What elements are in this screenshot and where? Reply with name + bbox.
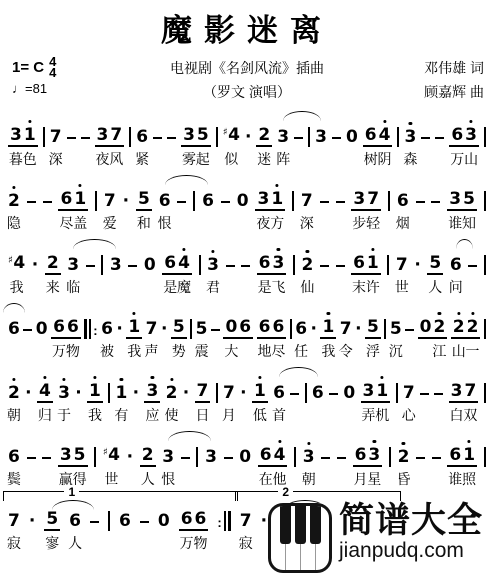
beam-group: 37 bbox=[351, 190, 381, 211]
beam-group: 5 bbox=[44, 510, 60, 531]
barline bbox=[484, 447, 486, 467]
beam-group: 35 bbox=[181, 126, 211, 147]
note: 3 bbox=[277, 128, 289, 147]
augmentation-dot: · bbox=[127, 448, 133, 467]
note: 6 bbox=[8, 320, 20, 339]
beam-group: 63 bbox=[449, 126, 479, 147]
beam-group: 61 bbox=[351, 254, 381, 275]
lyric-syllable: 飞 bbox=[271, 277, 285, 297]
piano-black-key bbox=[310, 506, 321, 544]
beam-group: 2 bbox=[140, 446, 156, 467]
note: 7 bbox=[403, 384, 415, 403]
note: 6 bbox=[159, 192, 171, 211]
composer-credit: 顾嘉辉 曲 bbox=[424, 82, 484, 102]
dash bbox=[90, 521, 99, 523]
repeat-dots: : bbox=[93, 322, 97, 339]
piano-black-key bbox=[295, 506, 306, 544]
note: 6 bbox=[272, 318, 284, 337]
note: 7 bbox=[223, 384, 235, 403]
note: 5 bbox=[463, 190, 475, 209]
score-header: 1= C 4 4 ♩=81 电视剧《名剑风流》插曲 （罗文 演唱） 邓伟雄 词 … bbox=[0, 53, 494, 105]
lyric-syllable: 星 bbox=[367, 469, 381, 489]
note: 5 bbox=[197, 126, 209, 145]
lyric-syllable: 君 bbox=[206, 277, 220, 297]
note: 6 bbox=[365, 126, 377, 145]
barline bbox=[101, 255, 103, 275]
dash bbox=[434, 393, 443, 395]
watermark-name: 简谱大全 bbox=[339, 503, 483, 539]
lyric-syllable: 尽 bbox=[271, 341, 285, 361]
note: 3 bbox=[404, 128, 416, 147]
lyric-syllable: 世 bbox=[395, 277, 409, 297]
subtitle: 电视剧《名剑风流》插曲 bbox=[0, 58, 494, 78]
barline bbox=[397, 127, 399, 147]
repeat-start-sign: : bbox=[84, 319, 97, 339]
note: 2 bbox=[453, 318, 465, 337]
lyric-syllable: 月 bbox=[354, 469, 368, 489]
lyric-syllable: 爱 bbox=[103, 213, 117, 233]
barline bbox=[384, 319, 386, 339]
note: 1 bbox=[322, 318, 334, 337]
notes-row: 6066:6·17·5506666·17·550222 bbox=[8, 299, 486, 339]
note: 3 bbox=[207, 256, 219, 275]
note: ♯4 bbox=[8, 254, 25, 275]
lyric-syllable: 步 bbox=[352, 213, 366, 233]
barline bbox=[293, 255, 295, 275]
note: 7 bbox=[240, 512, 252, 531]
note: 2 bbox=[142, 446, 154, 465]
beam-group: 1 bbox=[320, 318, 336, 339]
lyric-syllable: 寂 bbox=[239, 533, 253, 553]
dash bbox=[416, 457, 425, 459]
note: ♯4 bbox=[223, 126, 240, 147]
lyric-syllable: 任 bbox=[294, 341, 308, 361]
barline bbox=[484, 191, 486, 211]
lyric-syllable: 魔 bbox=[177, 277, 191, 297]
note: 5 bbox=[74, 446, 86, 465]
lyric-syllable: 仙 bbox=[300, 277, 314, 297]
note: 6 bbox=[397, 192, 409, 211]
barline bbox=[294, 447, 296, 467]
rest-note: 0 bbox=[346, 128, 358, 147]
beam-group: 35 bbox=[447, 190, 477, 211]
note: 5 bbox=[46, 510, 58, 529]
barline bbox=[108, 511, 110, 531]
rest-note: 0 bbox=[144, 256, 156, 275]
dash bbox=[153, 137, 162, 139]
lyric-syllable: 和 bbox=[137, 213, 151, 233]
lyric-syllable: 暮 bbox=[9, 149, 23, 169]
note: 1 bbox=[367, 254, 379, 273]
lyric-syllable: 于 bbox=[57, 405, 71, 425]
lyric-syllable: 恨 bbox=[158, 213, 172, 233]
lyric-syllable: 人 bbox=[428, 277, 442, 297]
lyric-syllable: 世 bbox=[104, 469, 118, 489]
note: 3 bbox=[67, 256, 79, 275]
lyric-syllable: 我 bbox=[127, 341, 141, 361]
barline bbox=[484, 383, 486, 403]
beam-group: 31 bbox=[255, 190, 285, 211]
beam-group: 66 bbox=[257, 318, 287, 339]
note: 3 bbox=[257, 190, 269, 209]
dash bbox=[432, 457, 441, 459]
note: 3 bbox=[183, 126, 195, 145]
augmentation-dot: · bbox=[29, 512, 35, 531]
lyric-syllable: 归 bbox=[38, 405, 52, 425]
barline bbox=[292, 191, 294, 211]
barline bbox=[308, 127, 310, 147]
beam-group: 5 bbox=[171, 318, 187, 339]
note: 7 bbox=[396, 256, 408, 275]
note: 7 bbox=[301, 192, 313, 211]
lyric-syllable: 方 bbox=[270, 213, 284, 233]
dash bbox=[294, 137, 303, 139]
lyric-syllable: 昏 bbox=[397, 469, 411, 489]
note: 6 bbox=[60, 190, 72, 209]
dash bbox=[221, 201, 230, 203]
lyric-syllable: 深 bbox=[300, 213, 314, 233]
sharp-sign: ♯ bbox=[103, 447, 108, 458]
lyric-syllable: 浮 bbox=[366, 341, 380, 361]
augmentation-dot: · bbox=[240, 384, 246, 403]
score-body: 31737635♯4·233064363暮色深夜风紧雾起似迷阵树阴森万山2617… bbox=[0, 107, 494, 555]
lyric-syllable: 尽 bbox=[59, 213, 73, 233]
note: 1 bbox=[463, 446, 475, 465]
rest-note: 0 bbox=[239, 448, 251, 467]
note: 1 bbox=[254, 382, 266, 401]
note: 6 bbox=[451, 126, 463, 145]
lyric-syllable: 色 bbox=[23, 149, 37, 169]
barline bbox=[196, 447, 198, 467]
barline bbox=[216, 127, 218, 147]
lyric-syllable: 山 bbox=[452, 341, 466, 361]
note: 3 bbox=[110, 256, 122, 275]
lyric-syllable: 白 bbox=[450, 405, 464, 425]
notation-line-4: 6066:6·17·5506666·17·550222万物被我声势震大地尽任我令… bbox=[0, 299, 494, 363]
note: 5 bbox=[173, 318, 185, 337]
lyric-syllable: 大 bbox=[224, 341, 238, 361]
beam-group: 06 bbox=[223, 318, 253, 339]
rest-note: 0 bbox=[158, 512, 170, 531]
sharp-sign: ♯ bbox=[8, 255, 13, 266]
beam-group: 37 bbox=[449, 382, 479, 403]
dash bbox=[421, 137, 430, 139]
barline bbox=[388, 191, 390, 211]
repeat-bar bbox=[84, 319, 87, 339]
lyricist-credit: 邓伟雄 词 bbox=[424, 58, 484, 78]
barline bbox=[387, 255, 389, 275]
dash bbox=[27, 201, 36, 203]
note: 1 bbox=[116, 384, 128, 403]
note: 1 bbox=[271, 190, 283, 209]
note: 3 bbox=[465, 126, 477, 145]
note: 6 bbox=[353, 254, 365, 273]
note: 6 bbox=[119, 512, 131, 531]
piano-key-divider bbox=[300, 544, 301, 570]
piano-black-key bbox=[280, 506, 291, 544]
note: 7 bbox=[104, 192, 116, 211]
dash bbox=[167, 137, 176, 139]
song-title: 魔影迷离 bbox=[0, 0, 494, 50]
notation-line-5: 2·43·11·32·77·166031737朝归于我有应使日月低首弄机心白双 bbox=[0, 363, 494, 427]
dash bbox=[290, 393, 299, 395]
dash bbox=[42, 457, 51, 459]
lyric-syllable: 起 bbox=[196, 149, 210, 169]
note: 1 bbox=[24, 126, 36, 145]
note: 5 bbox=[367, 318, 379, 337]
beam-group: 35 bbox=[58, 446, 88, 467]
dash bbox=[337, 457, 346, 459]
note: 5 bbox=[196, 320, 208, 339]
note: 3 bbox=[353, 190, 365, 209]
lyric-syllable: 盖 bbox=[73, 213, 87, 233]
repeat-bar bbox=[224, 511, 226, 531]
lyric-syllable: 知 bbox=[462, 213, 476, 233]
lyric-syllable: 令 bbox=[339, 341, 353, 361]
dash bbox=[140, 521, 149, 523]
beam-group: 1 bbox=[126, 318, 142, 339]
lyric-syllable: 被 bbox=[100, 341, 114, 361]
note: 7 bbox=[197, 382, 209, 401]
beam-group: 5 bbox=[136, 190, 152, 211]
notation-line-6: 635♯4·233064363261鬓赢得世人恨在他朝月星昏谁照 bbox=[0, 427, 494, 491]
lyric-syllable: 我 bbox=[88, 405, 102, 425]
lyric-syllable: 首 bbox=[272, 405, 286, 425]
lyric-syllable: 我 bbox=[10, 277, 24, 297]
note: 6 bbox=[449, 446, 461, 465]
note: 3 bbox=[368, 446, 380, 465]
note: 2 bbox=[8, 384, 20, 403]
lyric-syllable: 万 bbox=[52, 341, 66, 361]
note: 7 bbox=[146, 320, 158, 339]
barline bbox=[484, 255, 486, 275]
note: 6 bbox=[260, 446, 272, 465]
note: 5 bbox=[390, 320, 402, 339]
lyric-syllable: 物 bbox=[194, 533, 208, 553]
beam-group: 5 bbox=[427, 254, 443, 275]
lyric-syllable: 是 bbox=[163, 277, 177, 297]
barline bbox=[396, 383, 398, 403]
lyric-syllable: 山 bbox=[464, 149, 478, 169]
lyric-syllable: 问 bbox=[449, 277, 463, 297]
beam-group: 1 bbox=[87, 382, 103, 403]
augmentation-dot: · bbox=[133, 384, 139, 403]
lyric-syllable: 来 bbox=[46, 277, 60, 297]
note: 2 bbox=[47, 254, 59, 273]
lyric-syllable: 心 bbox=[402, 405, 416, 425]
note: 1 bbox=[89, 382, 101, 401]
dash bbox=[181, 457, 190, 459]
note: 2 bbox=[8, 192, 20, 211]
lyric-syllable: 树 bbox=[364, 149, 378, 169]
lyric-syllable: 朝 bbox=[7, 405, 21, 425]
lyric-syllable: 江 bbox=[432, 341, 446, 361]
notes-row: 2617·566031737635 bbox=[8, 171, 486, 211]
barline bbox=[305, 383, 307, 403]
note: 3 bbox=[146, 382, 158, 401]
lyric-syllable: 日 bbox=[196, 405, 210, 425]
dash bbox=[23, 329, 32, 331]
lyric-syllable: 震 bbox=[195, 341, 209, 361]
lyric-syllable: 一 bbox=[466, 341, 480, 361]
lyric-syllable: 照 bbox=[462, 469, 476, 489]
augmentation-dot: · bbox=[311, 320, 317, 339]
rest-note: 0 bbox=[420, 318, 432, 337]
note: 5 bbox=[138, 190, 150, 209]
volta-bracket-1: 1 bbox=[3, 491, 238, 501]
note: 7 bbox=[110, 126, 122, 145]
lyric-syllable: 我 bbox=[321, 341, 335, 361]
augmentation-dot: · bbox=[414, 256, 420, 275]
lyric-syllable: 末 bbox=[352, 277, 366, 297]
lyric-syllable: 夜 bbox=[96, 149, 110, 169]
watermark-text: 简谱大全 jianpudq.com bbox=[339, 503, 483, 562]
note: 7 bbox=[8, 512, 20, 531]
barline bbox=[190, 319, 192, 339]
barline bbox=[193, 191, 195, 211]
repeat-dots: : bbox=[217, 514, 221, 531]
lyric-syllable: 势 bbox=[172, 341, 186, 361]
augmentation-dot: · bbox=[261, 512, 267, 531]
note: 6 bbox=[450, 256, 462, 275]
dash bbox=[336, 265, 345, 267]
note: 6 bbox=[53, 318, 65, 337]
beam-group: 2 bbox=[256, 126, 272, 147]
beam-group: 5 bbox=[365, 318, 381, 339]
note: 3 bbox=[58, 384, 70, 403]
augmentation-dot: · bbox=[161, 320, 167, 339]
dash bbox=[416, 201, 425, 203]
beam-group: 66 bbox=[51, 318, 81, 339]
augmentation-dot: · bbox=[123, 192, 129, 211]
piano-keys-icon bbox=[268, 503, 332, 573]
note: 4 bbox=[39, 382, 51, 401]
beam-group: 1 bbox=[252, 382, 268, 403]
dash bbox=[329, 393, 338, 395]
lyric-syllable: 许 bbox=[366, 277, 380, 297]
note: 6 bbox=[69, 512, 81, 531]
notation-line-3: ♯4·2330643632617·56我来临是魔君是飞仙末许世人问 bbox=[0, 235, 494, 299]
note: 2 bbox=[258, 126, 270, 145]
lyric-syllable: 沉 bbox=[389, 341, 403, 361]
lyric-syllable: 在 bbox=[259, 469, 273, 489]
note: 5 bbox=[429, 254, 441, 273]
lyric-syllable: 低 bbox=[253, 405, 267, 425]
notes-row: 31737635♯4·233064363 bbox=[8, 107, 486, 147]
lyric-syllable: 紧 bbox=[135, 149, 149, 169]
beam-group: 7 bbox=[195, 382, 211, 403]
barline bbox=[290, 319, 292, 339]
lyric-syllable: 烟 bbox=[396, 213, 410, 233]
dash bbox=[336, 201, 345, 203]
dash bbox=[468, 265, 477, 267]
beam-group: 02 bbox=[418, 318, 448, 339]
beam-group: 3 bbox=[144, 382, 160, 403]
augmentation-dot: · bbox=[25, 384, 31, 403]
note: 3 bbox=[205, 448, 217, 467]
dash bbox=[128, 265, 137, 267]
lyric-syllable: 雾 bbox=[182, 149, 196, 169]
lyric-syllable: 万 bbox=[450, 149, 464, 169]
beam-group: 63 bbox=[257, 254, 287, 275]
lyric-syllable: 森 bbox=[403, 149, 417, 169]
note: 6 bbox=[101, 320, 113, 339]
note: 3 bbox=[60, 446, 72, 465]
barline bbox=[484, 319, 486, 339]
lyric-syllable: 朝 bbox=[302, 469, 316, 489]
note: 6 bbox=[181, 510, 193, 529]
beam-group: 64 bbox=[258, 446, 288, 467]
augmentation-dot: · bbox=[116, 320, 122, 339]
note: 3 bbox=[449, 190, 461, 209]
lyric-syllable: 万 bbox=[180, 533, 194, 553]
lyric-syllable: 迷 bbox=[257, 149, 271, 169]
note: 2 bbox=[398, 448, 410, 467]
lyric-syllable: 似 bbox=[224, 149, 238, 169]
note: 6 bbox=[239, 318, 251, 337]
notation-line-1: 31737635♯4·233064363暮色深夜风紧雾起似迷阵树阴森万山 bbox=[0, 107, 494, 171]
note: 6 bbox=[136, 128, 148, 147]
dash bbox=[81, 137, 90, 139]
note: 4 bbox=[274, 446, 286, 465]
beam-group: 64 bbox=[162, 254, 192, 275]
lyric-syllable: 寥 bbox=[45, 533, 59, 553]
note: 6 bbox=[355, 446, 367, 465]
beam-group: 31 bbox=[361, 382, 391, 403]
volta-bracket-2: 2 bbox=[235, 491, 401, 501]
dash bbox=[27, 457, 36, 459]
lyric-syllable: 谁 bbox=[448, 213, 462, 233]
note: 7 bbox=[50, 128, 62, 147]
barline bbox=[484, 127, 486, 147]
performer: （罗文 演唱） bbox=[0, 82, 494, 102]
dash bbox=[67, 137, 76, 139]
barline bbox=[199, 255, 201, 275]
note: 3 bbox=[273, 254, 285, 273]
piano-key-divider bbox=[315, 544, 316, 570]
note: 2 bbox=[467, 318, 479, 337]
dash bbox=[43, 201, 52, 203]
note: 6 bbox=[164, 254, 176, 273]
barline bbox=[95, 191, 97, 211]
lyric-syllable: 深 bbox=[49, 149, 63, 169]
piano-key-divider bbox=[285, 544, 286, 570]
notes-row: 2·43·11·32·77·166031737 bbox=[8, 363, 486, 403]
augmentation-dot: · bbox=[245, 128, 251, 147]
note: 7 bbox=[464, 382, 476, 401]
note: 2 bbox=[433, 318, 445, 337]
note: 3 bbox=[315, 128, 327, 147]
lyric-syllable: 有 bbox=[114, 405, 128, 425]
note: 6 bbox=[67, 318, 79, 337]
watermark[interactable]: 简谱大全 jianpudq.com bbox=[268, 503, 483, 573]
lyric-syllable: 恨 bbox=[161, 469, 175, 489]
watermark-url: jianpudq.com bbox=[339, 540, 483, 562]
beam-group: 2 bbox=[45, 254, 61, 275]
beam-group: 61 bbox=[58, 190, 88, 211]
lyric-syllable: 夜 bbox=[256, 213, 270, 233]
repeat-end-sign: : bbox=[217, 511, 230, 531]
note: 6 bbox=[202, 192, 214, 211]
lyric-syllable: 使 bbox=[165, 405, 179, 425]
lyric-syllable: 人 bbox=[141, 469, 155, 489]
note: 3 bbox=[303, 448, 315, 467]
lyric-syllable: 寂 bbox=[7, 533, 21, 553]
lyric-syllable: 应 bbox=[145, 405, 159, 425]
dash bbox=[320, 201, 329, 203]
note: 2 bbox=[302, 256, 314, 275]
rest-note: 0 bbox=[225, 318, 237, 337]
